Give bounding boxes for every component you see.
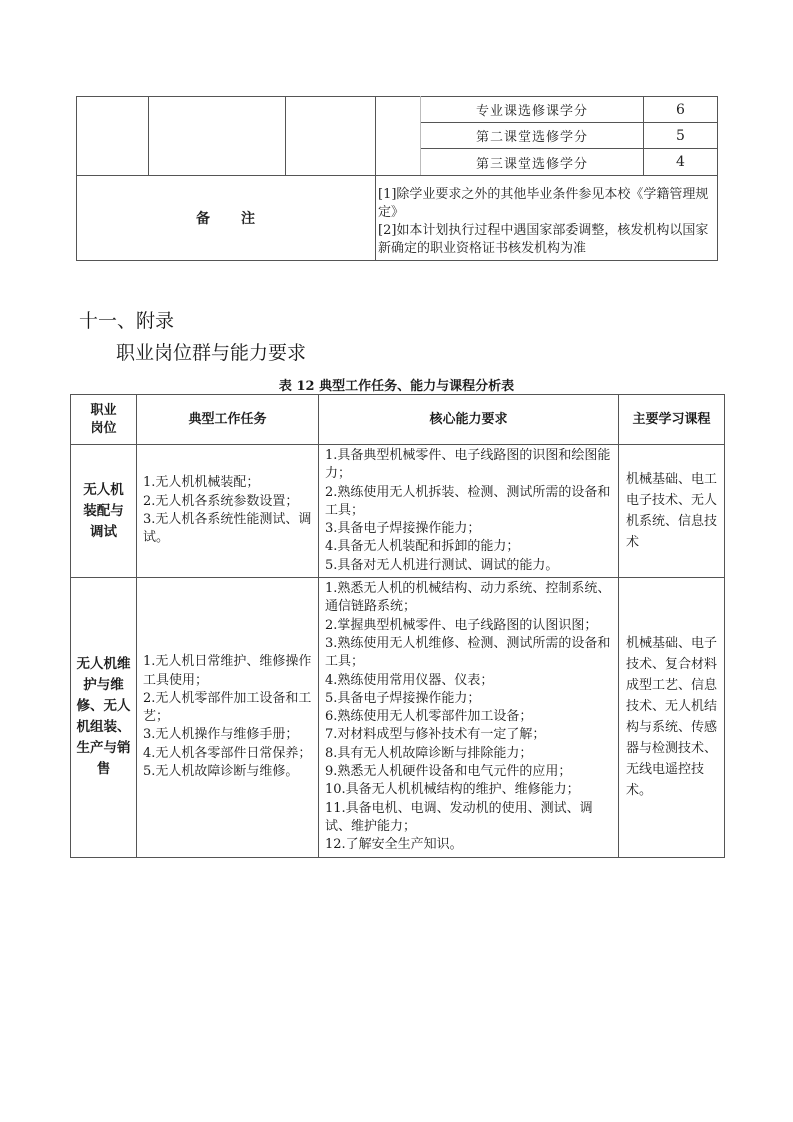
credit-value: 4 — [644, 149, 718, 176]
task-item: 3.无人机操作与维修手册； — [143, 726, 315, 744]
ability-item: 7.对材料成型与修补技术有一定了解； — [325, 726, 615, 744]
header-position: 职业岗位 — [71, 395, 137, 445]
remarks-text: [1]除学业要求之外的其他毕业条件参见本校《学籍管理规定》 [2]如本计划执行过… — [376, 176, 718, 261]
credit-value: 6 — [644, 97, 718, 123]
header-abilities: 核心能力要求 — [319, 395, 619, 445]
position-cell: 无人机维护与维修、无人机组装、生产与销售 — [71, 578, 137, 857]
task-item: 3.无人机各系统性能测试、调试。 — [143, 511, 315, 548]
table-caption: 表 12 典型工作任务、能力与课程分析表 — [0, 375, 793, 394]
task-item: 2.无人机零部件加工设备和工艺； — [143, 690, 315, 727]
courses-cell: 机械基础、电工电子技术、无人机系统、信息技术 — [619, 445, 725, 578]
ability-item: 2.熟练使用无人机拆装、检测、测试所需的设备和工具； — [325, 484, 615, 521]
header-courses: 主要学习课程 — [619, 395, 725, 445]
ability-item: 3.具备电子焊接操作能力； — [325, 520, 615, 538]
task-item: 1.无人机机械装配； — [143, 474, 315, 492]
ability-item: 12.了解安全生产知识。 — [325, 836, 615, 854]
remark-line: [1]除学业要求之外的其他毕业条件参见本校《学籍管理规定》 — [378, 186, 715, 222]
table-row: 无人机装配与调试 1.无人机机械装配； 2.无人机各系统参数设置； 3.无人机各… — [71, 445, 725, 578]
table-row: 无人机维护与维修、无人机组装、生产与销售 1.无人机日常维护、维修操作工具使用；… — [71, 578, 725, 857]
ability-item: 8.具有无人机故障诊断与排除能力； — [325, 745, 615, 763]
table-header-row: 职业岗位 典型工作任务 核心能力要求 主要学习课程 — [71, 395, 725, 445]
credit-label: 专业课选修课学分 — [421, 97, 644, 123]
position-cell: 无人机装配与调试 — [71, 445, 137, 578]
ability-item: 11.具备电机、电调、发动机的使用、测试、调试、维护能力； — [325, 800, 615, 837]
task-item: 5.无人机故障诊断与维修。 — [143, 763, 315, 781]
courses-cell: 机械基础、电子技术、复合材料成型工艺、信息技术、无人机结构与系统、传感器与检测技… — [619, 578, 725, 857]
remarks-label: 备 注 — [77, 176, 376, 261]
credit-label: 第三课堂选修学分 — [421, 149, 644, 176]
ability-item: 1.具备典型机械零件、电子线路图的识图和绘图能力； — [325, 447, 615, 484]
ability-item: 4.熟练使用常用仪器、仪表； — [325, 672, 615, 690]
tasks-cell: 1.无人机日常维护、维修操作工具使用； 2.无人机零部件加工设备和工艺； 3.无… — [137, 578, 319, 857]
empty-cell — [149, 97, 286, 176]
ability-item: 6.熟练使用无人机零部件加工设备； — [325, 708, 615, 726]
ability-item: 3.熟练使用无人机维修、检测、测试所需的设备和工具； — [325, 635, 615, 672]
header-tasks: 典型工作任务 — [137, 395, 319, 445]
ability-item: 4.具备无人机装配和拆卸的能力； — [325, 538, 615, 556]
task-item: 1.无人机日常维护、维修操作工具使用； — [143, 653, 315, 690]
tasks-cell: 1.无人机机械装配； 2.无人机各系统参数设置； 3.无人机各系统性能测试、调试… — [137, 445, 319, 578]
credits-table: 专业课选修课学分 6 第二课堂选修学分 5 第三课堂选修学分 4 备 注 [1]… — [76, 96, 718, 261]
remark-line: [2]如本计划执行过程中遇国家部委调整，核发机构以国家新确定的职业资格证书核发机… — [378, 222, 715, 258]
section-heading: 十一、附录 — [79, 306, 174, 333]
credit-value: 5 — [644, 123, 718, 149]
empty-cell — [286, 97, 376, 176]
task-item: 4.无人机各零部件日常保养； — [143, 745, 315, 763]
ability-item: 10.具备无人机机械结构的维护、维修能力； — [325, 781, 615, 799]
ability-item: 9.熟悉无人机硬件设备和电气元件的应用； — [325, 763, 615, 781]
empty-cell — [376, 97, 421, 176]
abilities-cell: 1.具备典型机械零件、电子线路图的识图和绘图能力； 2.熟练使用无人机拆装、检测… — [319, 445, 619, 578]
empty-cell — [77, 97, 149, 176]
ability-item: 5.具备电子焊接操作能力； — [325, 690, 615, 708]
ability-item: 1.熟悉无人机的机械结构、动力系统、控制系统、通信链路系统； — [325, 580, 615, 617]
task-item: 2.无人机各系统参数设置； — [143, 493, 315, 511]
ability-item: 5.具备对无人机进行测试、调试的能力。 — [325, 557, 615, 575]
abilities-cell: 1.熟悉无人机的机械结构、动力系统、控制系统、通信链路系统； 2.掌握典型机械零… — [319, 578, 619, 857]
sub-heading: 职业岗位群与能力要求 — [116, 338, 306, 365]
credit-label: 第二课堂选修学分 — [421, 123, 644, 149]
ability-item: 2.掌握典型机械零件、电子线路图的认图识图； — [325, 617, 615, 635]
analysis-table: 职业岗位 典型工作任务 核心能力要求 主要学习课程 无人机装配与调试 1.无人机… — [70, 394, 725, 858]
